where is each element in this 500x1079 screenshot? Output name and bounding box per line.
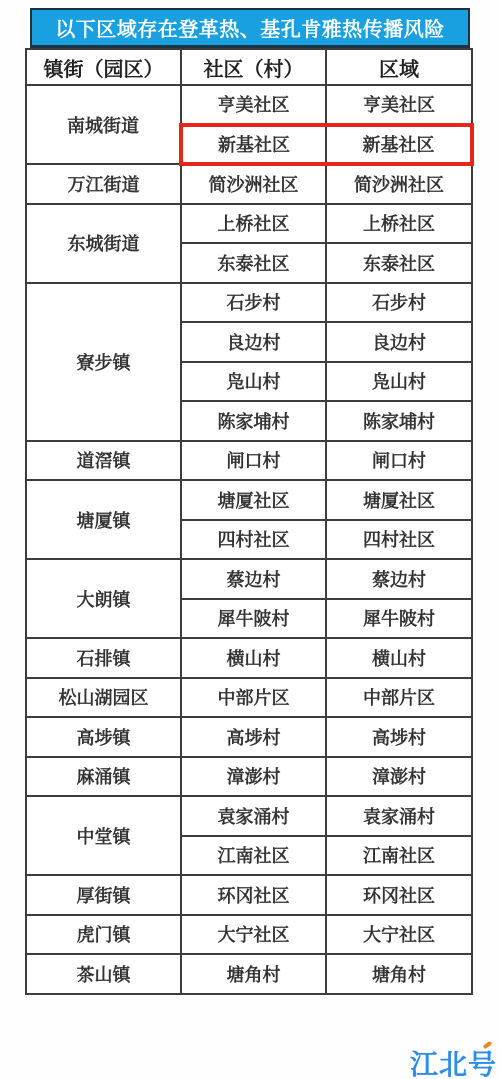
table-row: 厚街镇环冈社区环冈社区 <box>26 875 472 915</box>
community-cell: 环冈社区 <box>181 875 326 915</box>
town-cell: 高埗镇 <box>26 717 181 757</box>
col-header-area: 区域 <box>326 49 472 85</box>
table-row: 东城街道上桥社区上桥社区 <box>26 204 472 244</box>
area-cell: 陈家埔村 <box>326 401 472 441</box>
town-cell: 塘厦镇 <box>26 480 181 559</box>
community-cell-highlighted: 新基社区 <box>181 125 326 165</box>
community-cell: 高埗村 <box>181 717 326 757</box>
town-cell: 厚街镇 <box>26 875 181 915</box>
community-cell: 石步村 <box>181 283 326 323</box>
area-cell: 简沙洲社区 <box>326 164 472 204</box>
area-cell-highlighted: 新基社区 <box>326 125 472 165</box>
table-row: 高埗镇高埗村高埗村 <box>26 717 472 757</box>
community-cell: 凫山村 <box>181 362 326 402</box>
town-cell: 南城街道 <box>26 85 181 164</box>
area-cell: 凫山村 <box>326 362 472 402</box>
table-row: 万江街道简沙洲社区简沙洲社区 <box>26 164 472 204</box>
area-cell: 中部片区 <box>326 678 472 718</box>
town-cell: 大朗镇 <box>26 559 181 638</box>
table-row: 茶山镇塘角村塘角村 <box>26 954 472 994</box>
community-cell: 漳澎村 <box>181 757 326 797</box>
community-cell: 蔡边村 <box>181 559 326 599</box>
area-cell: 江南社区 <box>326 836 472 876</box>
community-cell: 四村社区 <box>181 520 326 560</box>
area-cell: 袁家涌村 <box>326 796 472 836</box>
community-cell: 东泰社区 <box>181 243 326 283</box>
community-cell: 塘厦社区 <box>181 480 326 520</box>
community-cell: 良边村 <box>181 322 326 362</box>
title-text: 以下区域存在登革热、基孔肯雅热传播风险 <box>55 13 445 42</box>
town-cell: 道滘镇 <box>26 441 181 481</box>
town-cell: 万江街道 <box>26 164 181 204</box>
area-cell: 闸口村 <box>326 441 472 481</box>
community-cell: 横山村 <box>181 638 326 678</box>
area-cell: 四村社区 <box>326 520 472 560</box>
table-row: 虎门镇大宁社区大宁社区 <box>26 915 472 955</box>
town-cell: 中堂镇 <box>26 796 181 875</box>
table-row: 中堂镇袁家涌村袁家涌村 <box>26 796 472 836</box>
col-header-town: 镇街（园区） <box>26 49 181 85</box>
community-cell: 江南社区 <box>181 836 326 876</box>
table-body: 南城街道亨美社区亨美社区新基社区新基社区万江街道简沙洲社区简沙洲社区东城街道上桥… <box>26 85 472 994</box>
col-header-community: 社区（村） <box>181 49 326 85</box>
community-cell: 大宁社区 <box>181 915 326 955</box>
table-row: 塘厦镇塘厦社区塘厦社区 <box>26 480 472 520</box>
community-cell: 上桥社区 <box>181 204 326 244</box>
community-cell: 闸口村 <box>181 441 326 481</box>
area-cell: 塘角村 <box>326 954 472 994</box>
area-cell: 大宁社区 <box>326 915 472 955</box>
community-cell: 简沙洲社区 <box>181 164 326 204</box>
area-cell: 石步村 <box>326 283 472 323</box>
watermark-accent-icon <box>483 1041 493 1049</box>
table-row: 道滘镇闸口村闸口村 <box>26 441 472 481</box>
community-cell: 犀牛陂村 <box>181 599 326 639</box>
area-cell: 亨美社区 <box>326 85 472 125</box>
area-cell: 漳澎村 <box>326 757 472 797</box>
table-row: 石排镇横山村横山村 <box>26 638 472 678</box>
table-row: 麻涌镇漳澎村漳澎村 <box>26 757 472 797</box>
area-cell: 良边村 <box>326 322 472 362</box>
community-cell: 亨美社区 <box>181 85 326 125</box>
community-cell: 陈家埔村 <box>181 401 326 441</box>
town-cell: 虎门镇 <box>26 915 181 955</box>
community-cell: 中部片区 <box>181 678 326 718</box>
area-cell: 上桥社区 <box>326 204 472 244</box>
area-cell: 东泰社区 <box>326 243 472 283</box>
table-row: 大朗镇蔡边村蔡边村 <box>26 559 472 599</box>
town-cell: 东城街道 <box>26 204 181 283</box>
town-cell: 茶山镇 <box>26 954 181 994</box>
table-row: 南城街道亨美社区亨美社区 <box>26 85 472 125</box>
watermark-text: 江北号 <box>410 1050 497 1079</box>
table-row: 寮步镇石步村石步村 <box>26 283 472 323</box>
town-cell: 石排镇 <box>26 638 181 678</box>
risk-areas-table: 镇街（园区） 社区（村） 区域 南城街道亨美社区亨美社区新基社区新基社区万江街道… <box>25 48 474 995</box>
town-cell: 松山湖园区 <box>26 678 181 718</box>
area-cell: 蔡边村 <box>326 559 472 599</box>
title-banner: 以下区域存在登革热、基孔肯雅热传播风险 <box>30 8 470 48</box>
table-row: 松山湖园区中部片区中部片区 <box>26 678 472 718</box>
header-row: 镇街（园区） 社区（村） 区域 <box>26 49 472 85</box>
area-cell: 犀牛陂村 <box>326 599 472 639</box>
town-cell: 麻涌镇 <box>26 757 181 797</box>
community-cell: 塘角村 <box>181 954 326 994</box>
page: 以下区域存在登革热、基孔肯雅热传播风险 镇街（园区） 社区（村） 区域 南城街道… <box>0 0 500 1079</box>
town-cell: 寮步镇 <box>26 283 181 441</box>
area-cell: 横山村 <box>326 638 472 678</box>
area-cell: 塘厦社区 <box>326 480 472 520</box>
area-cell: 环冈社区 <box>326 875 472 915</box>
community-cell: 袁家涌村 <box>181 796 326 836</box>
area-cell: 高埗村 <box>326 717 472 757</box>
